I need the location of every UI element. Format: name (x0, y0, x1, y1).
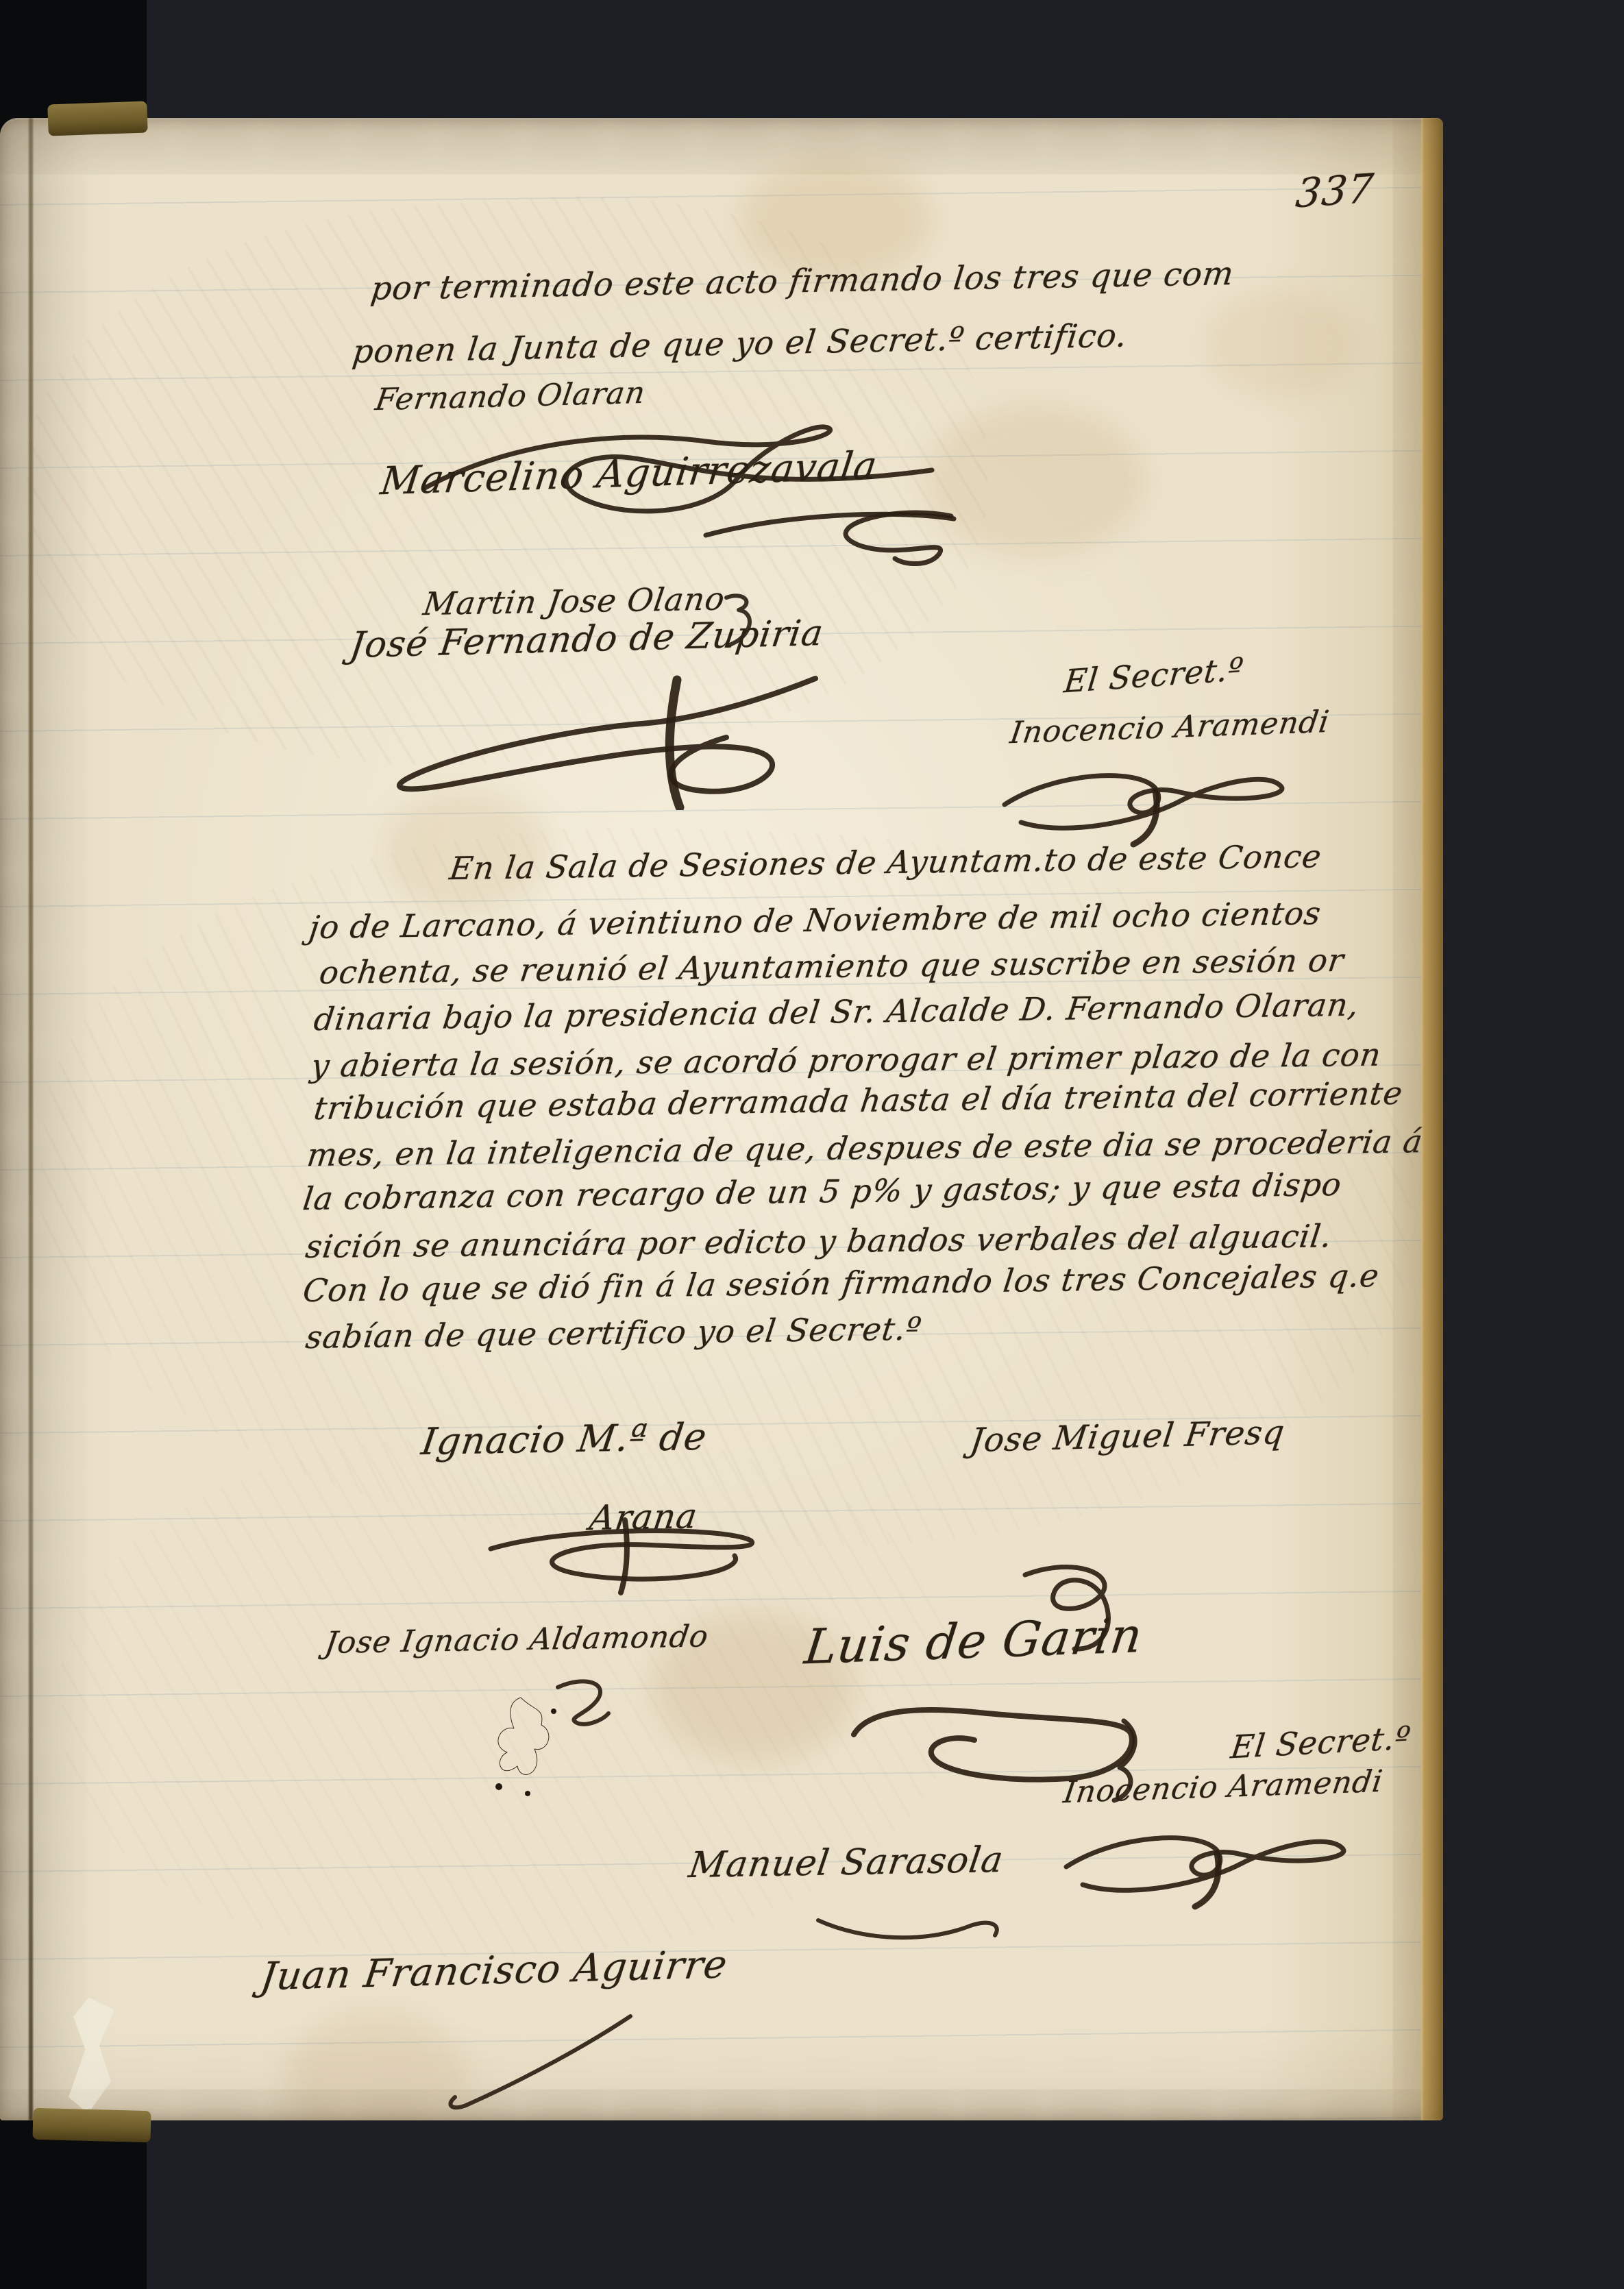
signature-fernando-olaran: Fernando Olaran (373, 376, 648, 418)
gutter-underpage-strip (0, 118, 32, 2120)
page-number: 337 (1294, 164, 1377, 217)
secretary-title: El Secret.º (1229, 1719, 1413, 1765)
binding-headband-top (47, 101, 148, 136)
signature-rubric (1055, 1819, 1370, 1915)
signature-rubric (425, 2003, 644, 2119)
signature-rubric (480, 1509, 774, 1598)
ink-blot (480, 1691, 572, 1804)
signature-inocencio-aramendi: Inocencio Aramendi (1008, 705, 1332, 751)
page-fore-edge (1421, 118, 1443, 2120)
signature-rubric (370, 666, 836, 810)
signature-ignacio-arana-line1: Ignacio M.ª de (419, 1415, 710, 1463)
signature-jose-ignacio-aldamondo: Jose Ignacio Aldamondo (323, 1619, 711, 1661)
signature-rubric (809, 1901, 1007, 1949)
signature-luis-de-garin: Luis de Garin (802, 1607, 1146, 1676)
signature-rubric (699, 491, 961, 574)
signature-manuel-sarasola: Manuel Sarasola (687, 1839, 1007, 1886)
secretary-title: El Secret.º (1062, 650, 1245, 700)
gutter-crease (29, 118, 33, 2120)
binding-tailband-bottom (32, 2108, 151, 2142)
paper-stain (1206, 289, 1357, 399)
signature-juan-francisco-aguirre: Juan Francisco Aguirre (258, 1942, 730, 1999)
archival-photo-background: 337 por terminado este acto firmando los… (0, 0, 1624, 2289)
manuscript-page: 337 por terminado este acto firmando los… (0, 118, 1443, 2120)
paper-tear (59, 1996, 126, 2116)
